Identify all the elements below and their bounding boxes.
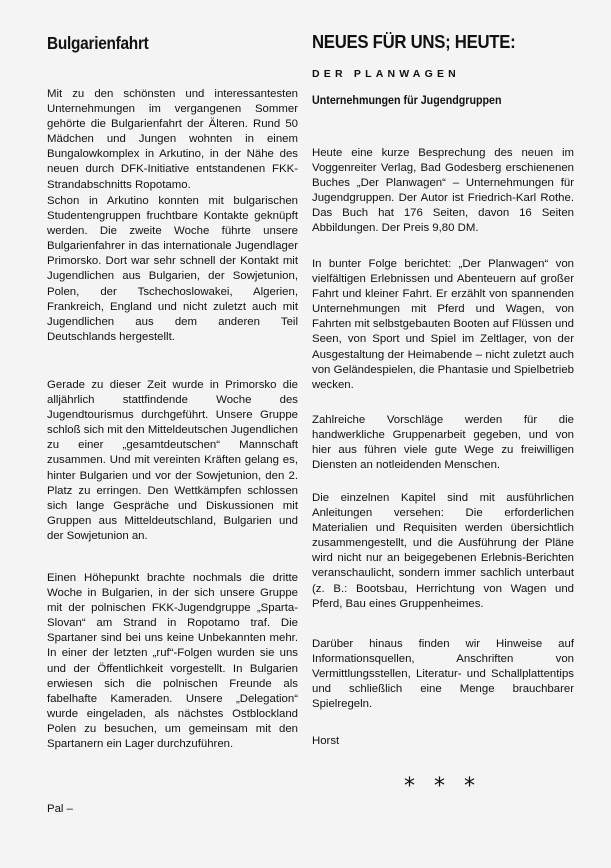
article-paragraph: Heute eine kurze Besprechung des neuen i… [312, 146, 574, 237]
article-paragraph: In bunter Folge berichtet: „Der Planwage… [312, 257, 574, 393]
article-paragraph: Einen Höhepunkt brachte nochmals die dri… [47, 571, 298, 752]
article-title: NEUES FÜR UNS; HEUTE: [312, 32, 515, 53]
article-paragraph: Gerade zu dieser Zeit wurde in Primorsko… [47, 378, 298, 544]
author-signature: Pal – [47, 803, 73, 815]
article-paragraph: Die einzelnen Kapitel sind mit ausführli… [312, 491, 574, 612]
article-paragraph: Darüber hinaus finden wir Hinweise auf I… [312, 637, 574, 712]
article-subtitle: Unternehmungen für Jugendgruppen [312, 95, 502, 107]
article-paragraph: Zahlreiche Vorschläge werden für die han… [312, 413, 574, 473]
asterisk-separator-icon: * * * [404, 776, 481, 798]
article-paragraph: Mit zu den schönsten und interessanteste… [47, 87, 298, 193]
author-signature: Horst [312, 735, 339, 747]
article-title: Bulgarienfahrt [47, 33, 149, 54]
article-paragraph: Schon in Arkutino konnten mit bulgarisch… [47, 194, 298, 345]
book-title: DER PLANWAGEN [312, 68, 460, 80]
